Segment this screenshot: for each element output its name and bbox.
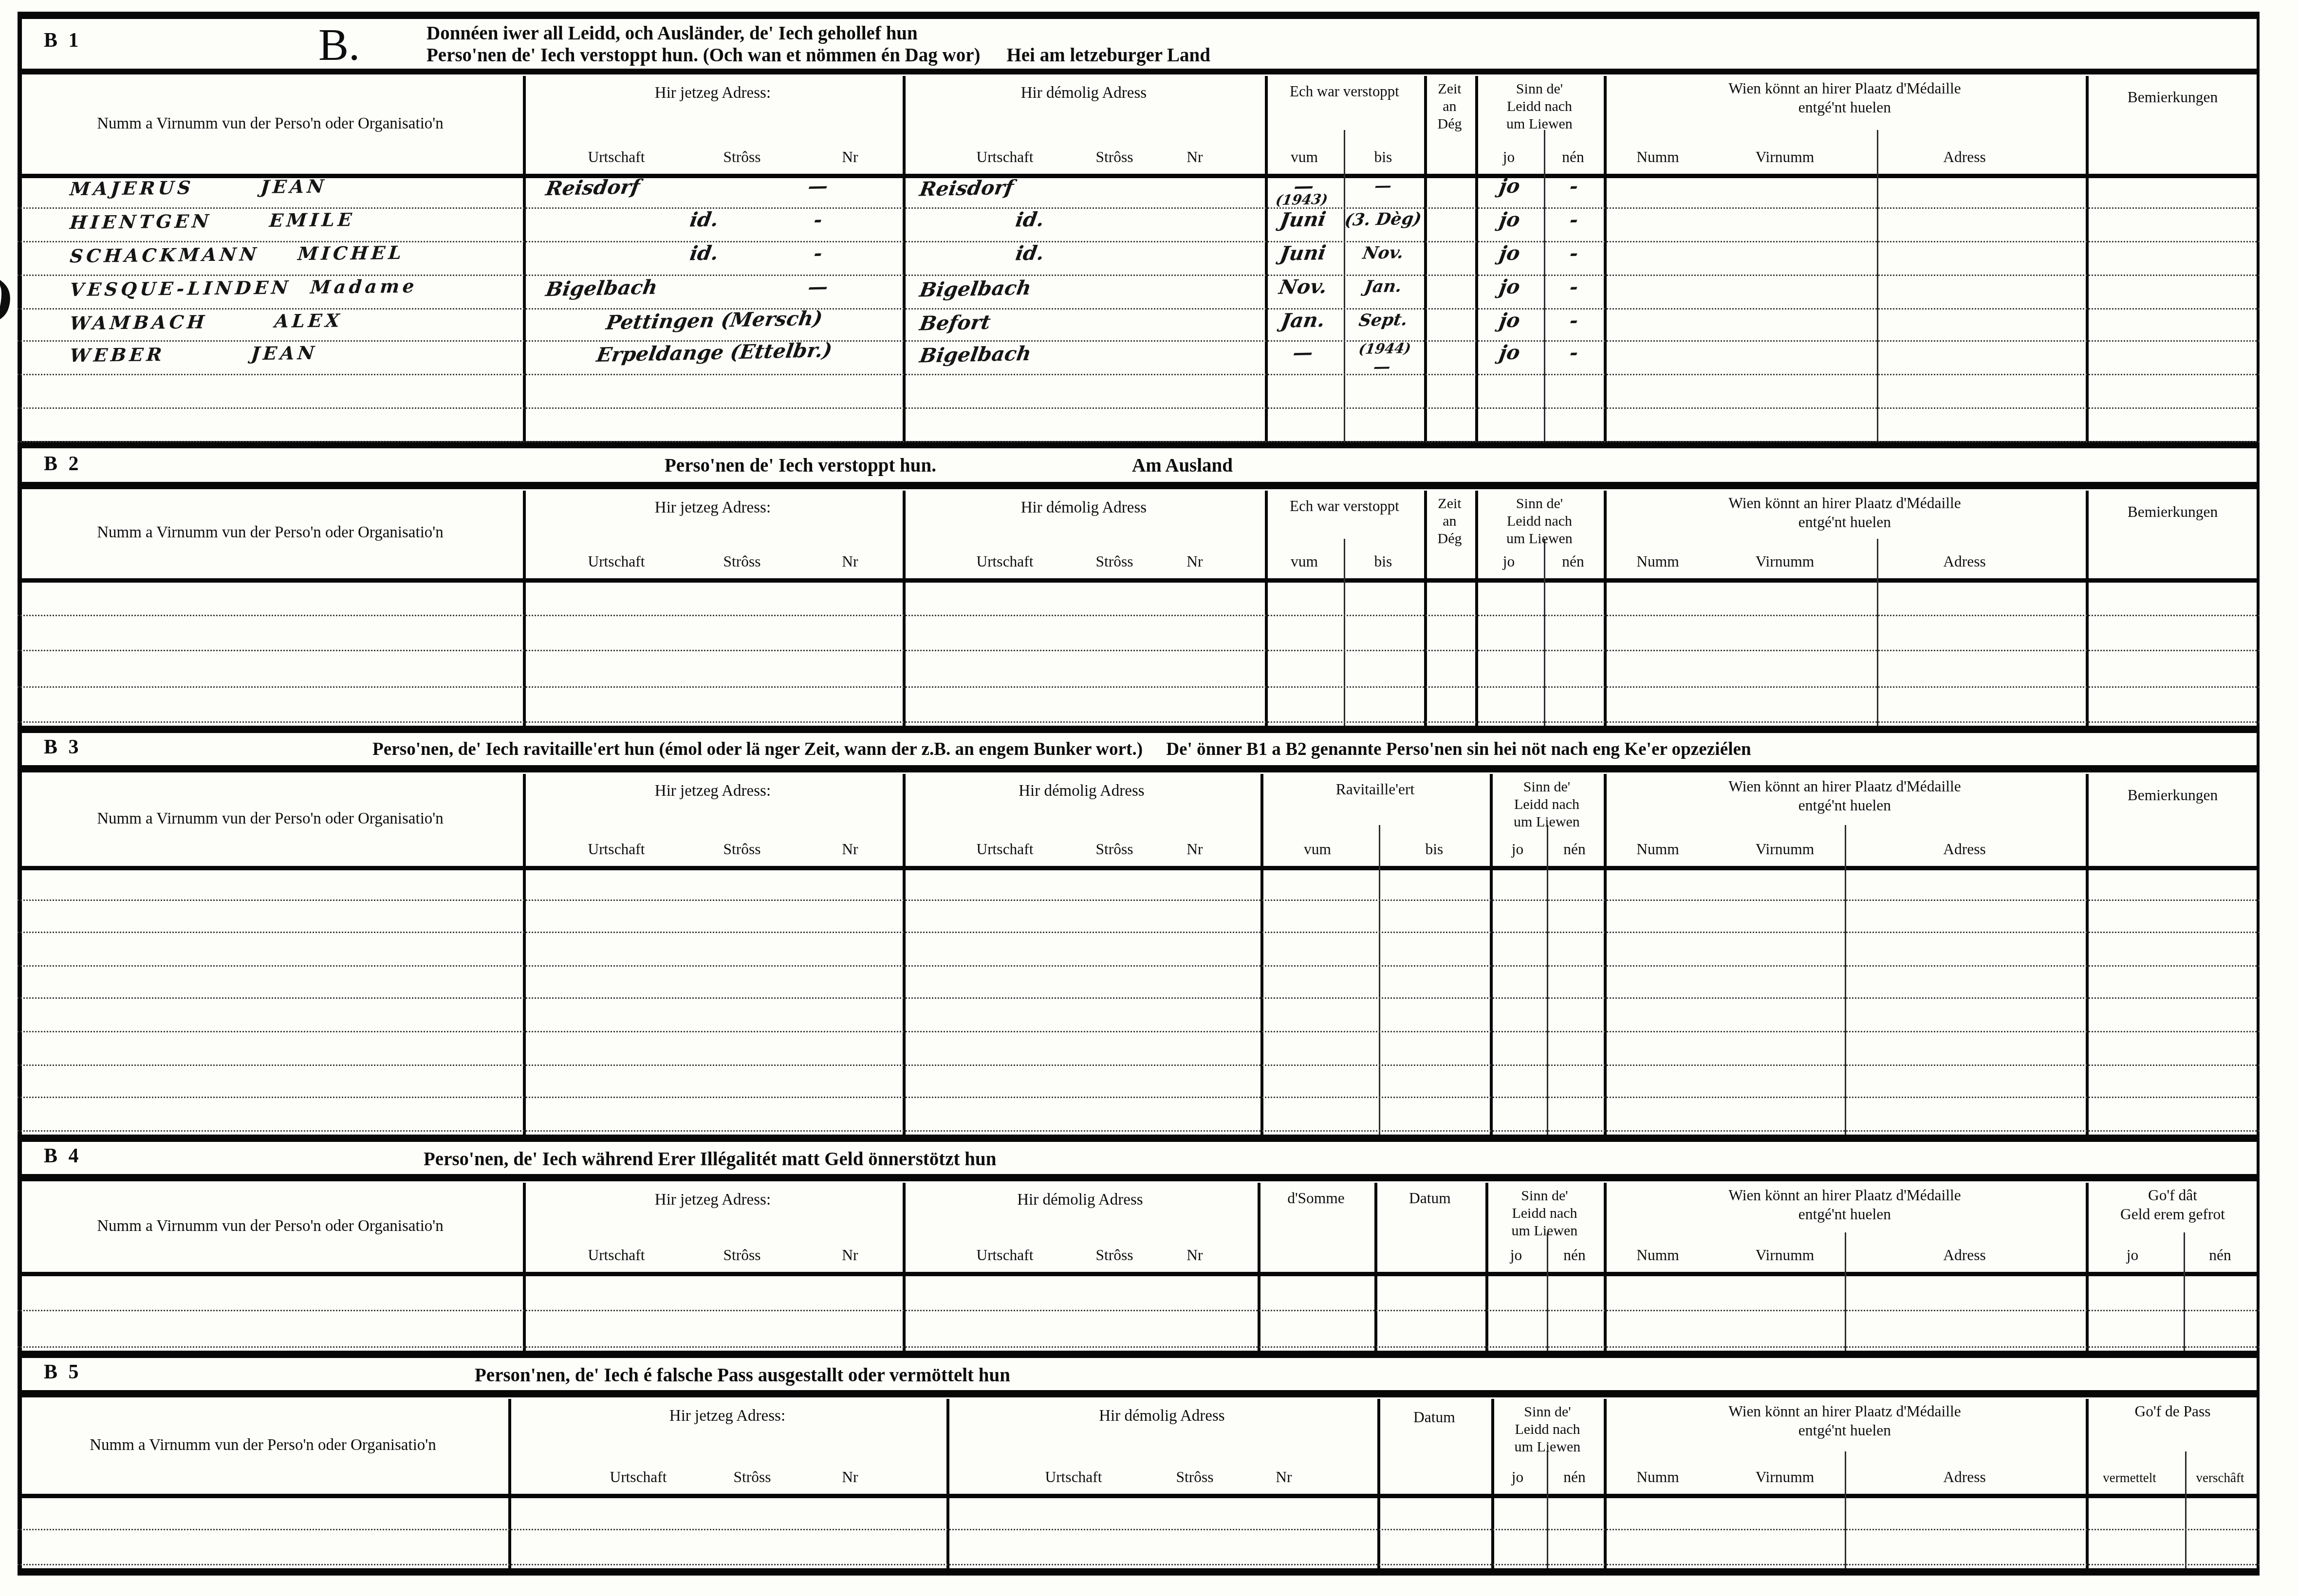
col-subheader-urtschaft: Urtschaft [610, 1470, 667, 1486]
col-header-line-sinn_2: Leidd nach [1485, 1207, 1604, 1225]
col-subheader-bis: bis [1374, 150, 1392, 166]
handwritten-nen: - [1542, 343, 1605, 365]
col-subheader-jo: jo [1512, 1470, 1524, 1486]
col-subheader-stross: Strôss [1095, 843, 1133, 859]
col-header-line-sinn_3: um Liewen [1475, 532, 1604, 550]
col-header-name_col: Numm a Virnumm vun der Perso'n oder Orga… [18, 491, 523, 578]
table-b1: Numm a Virnumm vun der Perso'n oder Orga… [18, 76, 2260, 441]
section-title-b2: Perso'nen de' Iech verstoppt hun. [665, 454, 936, 477]
col-subheader-stross: Strôss [723, 1248, 760, 1265]
handwritten-nen: - [1542, 310, 1605, 331]
col-header-line-wien_1: Wien könnt an hirer Plaatz d'Médaille [1604, 496, 2086, 515]
col-header-line-sinn_1: Sinn de' [1491, 1405, 1604, 1423]
col-header-name_col: Numm a Virnumm vun der Perso'n oder Orga… [18, 1183, 523, 1272]
col-header-line-sinn_3: um Liewen [1485, 1224, 1604, 1242]
table-row [18, 1064, 2260, 1099]
form-top-bar [18, 12, 2257, 19]
section-band-b2: B 2 Perso'nen de' Iech verstoppt hun. Am… [18, 450, 2257, 482]
divider-bar [18, 1174, 2257, 1181]
col-subheader-nen: nén [1562, 150, 1584, 166]
section-title-b4: Perso'nen, de' Iech während Erer Illégal… [424, 1148, 996, 1171]
handwritten-bis: (3. Dèg) [1339, 209, 1427, 229]
table-row [18, 686, 2260, 723]
col-subheader-nr: Nr [1186, 1248, 1203, 1265]
handwritten-jetzeg-stross: — [772, 176, 863, 198]
col-header-verstoppt: Ech war verstoppt [1265, 499, 1424, 518]
bis-value: — [1339, 176, 1427, 195]
col-subheader-nen: nén [2209, 1248, 2231, 1265]
col-subheader-virnumm: Virnumm [1756, 1470, 1815, 1486]
col-subheader-adress: Adress [1943, 1470, 1986, 1486]
table-row [18, 899, 2260, 934]
col-subheader-urtschaft: Urtschaft [588, 150, 645, 166]
handwritten-vum: —(1943) [1260, 176, 1347, 210]
col-subheader-vermettelt: vermettelt [2103, 1470, 2156, 1485]
col-header-line-wien_1: Wien könnt an hirer Plaatz d'Médaille [1604, 1405, 2086, 1423]
scan-artifact-hook: ) [0, 270, 19, 331]
section-band-b1: B 1 B. Donnéen iwer all Leidd, och Auslä… [18, 20, 2257, 69]
section-letter-b: B. [318, 22, 360, 67]
handwritten-jo: jo [1473, 310, 1545, 331]
col-header-datum: Datum [1374, 1192, 1485, 1210]
col-subheader-jo: jo [1503, 555, 1515, 571]
section-id-b4: B 4 [44, 1146, 82, 1170]
col-subheader-adress: Adress [1943, 843, 1986, 859]
col-header-name_col: Numm a Virnumm vun der Perso'n oder Orga… [18, 76, 523, 174]
bis-value: (3. Dèg) [1339, 209, 1427, 229]
table-b5: Numm a Virnumm vun der Perso'n oder Orga… [18, 1399, 2260, 1568]
table-row [18, 1097, 2260, 1132]
col-header-wien_1: Wien könnt an hirer Plaatz d'Médailleent… [1604, 780, 2086, 817]
handwritten-nen: - [1542, 243, 1605, 265]
col-header-ravitailleert: Ravitaille'ert [1260, 783, 1490, 801]
col-header-sinn_1: Sinn de'Leidd nachum Liewen [1485, 1189, 1604, 1242]
table-b2: Numm a Virnumm vun der Perso'n oder Orga… [18, 491, 2260, 726]
divider-bar [18, 1351, 2257, 1358]
vum-year-note: (1943) [1260, 194, 1344, 210]
col-subheader-virnumm: Virnumm [1756, 1248, 1815, 1265]
col-subheader-nr: Nr [842, 555, 858, 571]
col-header-line-zeit_1: Zeit [1424, 82, 1475, 100]
table-row [18, 1031, 2260, 1065]
table-row [18, 998, 2260, 1032]
col-subheader-numm: Numm [1636, 150, 1679, 166]
col-header-line-sinn_2: Leidd nach [1475, 514, 1604, 532]
col-subheader-nr: Nr [842, 1248, 858, 1265]
section-band-b3: B 3 Perso'nen, de' Iech ravitaille'ert h… [18, 734, 2257, 765]
table-row [18, 965, 2260, 999]
col-header-line-wien_2: entgé'nt huelen [1604, 515, 2086, 533]
col-header-jetzeg: Hir jetzeg Adress: [523, 1192, 903, 1211]
table-b4: Numm a Virnumm vun der Perso'n oder Orga… [18, 1183, 2260, 1351]
table-row [18, 1309, 2260, 1348]
col-header-zeit_1: ZeitanDég [1424, 496, 1475, 550]
col-header-line-sinn_1: Sinn de' [1475, 82, 1604, 100]
col-subheader-adress: Adress [1943, 1248, 1986, 1265]
col-subheader-virnumm: Virnumm [1756, 555, 1815, 571]
col-header-line-sinn_2: Leidd nach [1491, 1423, 1604, 1441]
table-row [18, 614, 2260, 652]
handwritten-vum: — [1260, 343, 1345, 365]
col-header-line-sinn_1: Sinn de' [1490, 780, 1604, 798]
handwritten-vum: Juni [1260, 209, 1345, 232]
handwritten-jo: jo [1473, 243, 1545, 265]
col-subheader-adress: Adress [1943, 555, 1986, 571]
col-header-line-zeit_2: an [1424, 100, 1475, 118]
vum-value: Jan. [1279, 309, 1327, 333]
col-subheader-vum: vum [1304, 843, 1331, 859]
handwritten-demolig-urtschaft: id. [962, 209, 1097, 232]
bis-value: — [1338, 357, 1426, 377]
scanned-form-page: ) B 1 B. Donnéen iwer all Leidd, och Aus… [0, 0, 2298, 1596]
handwritten-jo: jo [1473, 176, 1545, 198]
col-header-line-gof_dat_2: Geld erem gefrot [2086, 1207, 2260, 1226]
table-b3: Numm a Virnumm vun der Perso'n oder Orga… [18, 774, 2260, 1135]
col-header-line-zeit_3: Dég [1424, 532, 1475, 550]
vum-value: Nov. [1277, 275, 1328, 299]
col-header-sinn_1: Sinn de'Leidd nachum Liewen [1490, 780, 1604, 833]
col-subheader-bis: bis [1426, 843, 1444, 859]
col-header-line-wien_2: entgé'nt huelen [1604, 798, 2086, 817]
col-header-jetzeg: Hir jetzeg Adress: [523, 783, 903, 802]
col-header-datum: Datum [1377, 1411, 1491, 1429]
col-header-sinn_1: Sinn de'Leidd nachum Liewen [1475, 82, 1604, 135]
col-header-sinn_1: Sinn de'Leidd nachum Liewen [1491, 1405, 1604, 1458]
table-row [18, 1529, 2260, 1565]
section-id-b2: B 2 [44, 454, 82, 477]
divider-bar [18, 1135, 2257, 1142]
col-subheader-nen: nén [1563, 843, 1586, 859]
col-header-line-sinn_3: um Liewen [1475, 117, 1604, 135]
divider-bar [18, 765, 2257, 772]
col-header-gof_dat_1: Go'f dâtGeld erem gefrot [2086, 1189, 2260, 1226]
col-subheader-vum: vum [1291, 150, 1318, 166]
table-row [18, 650, 2260, 687]
b1-title-line2: Perso'nen de' Iech verstoppt hun. (Och w… [426, 43, 980, 65]
col-subheader-numm: Numm [1636, 1470, 1679, 1486]
col-header-line-wien_2: entgé'nt huelen [1604, 1207, 2086, 1226]
vum-value: Juni [1278, 241, 1327, 266]
col-header-line-sinn_2: Leidd nach [1475, 100, 1604, 118]
col-header-demolig: Hir démolig Adress [903, 1192, 1258, 1211]
col-header-line-sinn_1: Sinn de' [1485, 1189, 1604, 1207]
handwritten-nen: - [1542, 209, 1605, 231]
col-header-bemierkungen: Bemierkungen [2086, 91, 2260, 109]
bis-value: Sept. [1339, 310, 1427, 329]
col-subheader-stross: Strôss [1176, 1470, 1213, 1486]
col-header-line-gof_dat_1: Go'f dât [2086, 1189, 2260, 1207]
section-title-b1: Donnéen iwer all Leidd, och Ausländer, d… [426, 23, 1210, 66]
col-header-line-gof_pass: Go'f de Pass [2086, 1405, 2260, 1423]
handwritten-bis: (1944)— [1338, 343, 1428, 377]
col-subheader-urtschaft: Urtschaft [976, 1248, 1033, 1265]
handwritten-bis: Sept. [1339, 310, 1427, 329]
col-subheader-vum: vum [1291, 555, 1318, 571]
b3-title-part2: De' önner B1 a B2 genannte Perso'nen sin… [1166, 739, 1751, 759]
col-subheader-nr: Nr [842, 1470, 858, 1486]
section-title-b3: Perso'nen, de' Iech ravitaille'ert hun (… [372, 739, 1751, 761]
col-subheader-numm: Numm [1636, 1248, 1679, 1265]
col-subheader-stross: Strôss [1095, 555, 1133, 571]
col-header-bemierkungen: Bemierkungen [2086, 789, 2260, 807]
col-subheader-virnumm: Virnumm [1756, 150, 1815, 166]
col-subheader-numm: Numm [1636, 555, 1679, 571]
col-subheader-nr: Nr [842, 843, 858, 859]
col-header-gof_pass: Go'f de Pass [2086, 1405, 2260, 1423]
col-header-verstoppt: Ech war verstoppt [1265, 85, 1424, 103]
col-header-sinn_1: Sinn de'Leidd nachum Liewen [1475, 496, 1604, 550]
col-subheader-nr: Nr [1186, 150, 1203, 166]
section-id-b5: B 5 [44, 1362, 82, 1386]
handwritten-jetzeg-urtschaft: id. [644, 242, 764, 266]
handwritten-jetzeg-urtschaft: id. [644, 209, 764, 232]
col-subheader-verschaft: verschâft [2196, 1470, 2244, 1485]
col-subheader-nen: nén [1562, 555, 1584, 571]
col-header-demolig: Hir démolig Adress [903, 783, 1260, 802]
col-subheader-adress: Adress [1943, 150, 1986, 166]
handwritten-bis: — [1339, 176, 1427, 195]
col-header-line-zeit_2: an [1424, 514, 1475, 532]
col-subheader-urtschaft: Urtschaft [976, 150, 1033, 166]
handwritten-vum: Juni [1260, 242, 1345, 265]
col-subheader-stross: Strôss [733, 1470, 771, 1486]
handwritten-nen: - [1542, 276, 1605, 298]
col-subheader-urtschaft: Urtschaft [588, 843, 645, 859]
col-subheader-urtschaft: Urtschaft [588, 1248, 645, 1265]
col-subheader-numm: Numm [1636, 843, 1679, 859]
table-row [18, 374, 2260, 409]
col-subheader-stross: Strôss [723, 843, 760, 859]
col-header-wien_1: Wien könnt an hirer Plaatz d'Médailleent… [1604, 82, 2086, 119]
col-header-dsomme: d'Somme [1258, 1192, 1374, 1210]
divider-bar [18, 726, 2257, 733]
handwritten-vum: Jan. [1260, 310, 1345, 332]
divider-bar [18, 482, 2257, 489]
handwritten-bis: Jan. [1339, 276, 1427, 295]
col-header-line-sinn_2: Leidd nach [1490, 798, 1604, 816]
col-header-demolig: Hir démolig Adress [903, 85, 1265, 104]
vum-value: — [1291, 342, 1315, 366]
col-header-jetzeg: Hir jetzeg Adress: [523, 499, 903, 519]
col-header-line-sinn_3: um Liewen [1490, 815, 1604, 833]
handwritten-name: WAMBACH ALEX [69, 308, 553, 332]
col-header-line-sinn_1: Sinn de' [1475, 496, 1604, 514]
vum-value: Juni [1278, 208, 1327, 233]
handwritten-jetzeg-stross: - [772, 209, 863, 232]
section-id-b1: B 1 [44, 31, 82, 54]
col-header-line-sinn_3: um Liewen [1491, 1440, 1604, 1458]
col-header-line-wien_2: entgé'nt huelen [1604, 100, 2086, 119]
col-subheader-urtschaft: Urtschaft [1045, 1470, 1102, 1486]
col-header-line-wien_1: Wien könnt an hirer Plaatz d'Médaille [1604, 780, 2086, 798]
handwritten-jo: jo [1473, 343, 1545, 365]
col-header-name_col: Numm a Virnumm vun der Perso'n oder Orga… [18, 1399, 508, 1494]
col-subheader-jo: jo [2127, 1248, 2139, 1265]
section-title-b5: Person'nen, de' Iech é falsche Pass ausg… [475, 1364, 1010, 1387]
table-row [18, 1272, 2260, 1311]
col-subheader-urtschaft: Urtschaft [976, 555, 1033, 571]
handwritten-demolig-urtschaft: id. [962, 242, 1097, 265]
handwritten-jo: jo [1473, 276, 1545, 298]
section-band-b4: B 4 Perso'nen, de' Iech während Erer Ill… [18, 1143, 2257, 1174]
handwritten-vum: Nov. [1260, 276, 1345, 298]
handwritten-jetzeg-stross: - [772, 242, 863, 265]
col-subheader-bis: bis [1374, 555, 1392, 571]
b1-title-line1: Donnéen iwer all Leidd, och Ausländer, d… [426, 23, 1210, 45]
handwritten-bis: Nov. [1339, 242, 1427, 262]
section-band-b5: B 5 Person'nen, de' Iech é falsche Pass … [18, 1359, 2257, 1390]
col-subheader-stross: Strôss [1095, 1248, 1133, 1265]
section-id-b3: B 3 [44, 737, 82, 761]
col-subheader-nen: nén [1563, 1470, 1586, 1486]
col-header-jetzeg: Hir jetzeg Adress: [508, 1408, 946, 1427]
col-subheader-stross: Strôss [723, 150, 760, 166]
col-header-line-zeit_1: Zeit [1424, 496, 1475, 514]
col-header-wien_1: Wien könnt an hirer Plaatz d'Médailleent… [1604, 496, 2086, 534]
table-row [18, 407, 2260, 442]
b3-title-part1: Perso'nen, de' Iech ravitaille'ert hun (… [372, 739, 1143, 759]
col-header-demolig: Hir démolig Adress [903, 499, 1265, 519]
col-subheader-stross: Strôss [1095, 150, 1133, 166]
handwritten-nen: - [1542, 176, 1605, 198]
col-subheader-nen: nén [1563, 1248, 1586, 1265]
bis-value: Nov. [1339, 242, 1427, 262]
col-header-line-wien_1: Wien könnt an hirer Plaatz d'Médaille [1604, 82, 2086, 100]
col-subheader-urtschaft: Urtschaft [976, 843, 1033, 859]
col-header-line-zeit_3: Dég [1424, 117, 1475, 135]
table-row [18, 866, 2260, 900]
col-header-bemierkungen: Bemierkungen [2086, 505, 2260, 524]
col-subheader-nr: Nr [842, 150, 858, 166]
b1-title-line2-bold: Hei am letzeburger Land [1006, 43, 1210, 65]
col-subheader-nr: Nr [1186, 555, 1203, 571]
col-header-line-wien_1: Wien könnt an hirer Plaatz d'Médaille [1604, 1189, 2086, 1207]
col-header-line-wien_2: entgé'nt huelen [1604, 1423, 2086, 1442]
col-header-demolig: Hir démolig Adress [946, 1408, 1377, 1427]
section-subtitle-b2: Am Ausland [1132, 454, 1233, 477]
form-bottom-bar [18, 1568, 2257, 1576]
col-subheader-jo: jo [1512, 843, 1524, 859]
handwritten-jetzeg-stross: — [772, 276, 863, 298]
col-subheader-nr: Nr [1186, 843, 1203, 859]
col-subheader-urtschaft: Urtschaft [588, 555, 645, 571]
col-subheader-stross: Strôss [723, 555, 760, 571]
handwritten-jo: jo [1473, 209, 1545, 231]
divider-bar [18, 1390, 2257, 1397]
col-header-jetzeg: Hir jetzeg Adress: [523, 85, 903, 104]
table-row [18, 932, 2260, 967]
col-header-name_col: Numm a Virnumm vun der Perso'n oder Orga… [18, 774, 523, 866]
col-subheader-jo: jo [1510, 1248, 1522, 1265]
col-subheader-virnumm: Virnumm [1756, 843, 1815, 859]
col-subheader-jo: jo [1503, 150, 1515, 166]
bis-value: Jan. [1339, 276, 1427, 295]
col-header-wien_1: Wien könnt an hirer Plaatz d'Médailleent… [1604, 1189, 2086, 1226]
col-header-zeit_1: ZeitanDég [1424, 82, 1475, 135]
col-subheader-nr: Nr [1276, 1470, 1292, 1486]
col-header-wien_1: Wien könnt an hirer Plaatz d'Médailleent… [1604, 1405, 2086, 1442]
table-row [18, 578, 2260, 616]
table-row [18, 1494, 2260, 1530]
